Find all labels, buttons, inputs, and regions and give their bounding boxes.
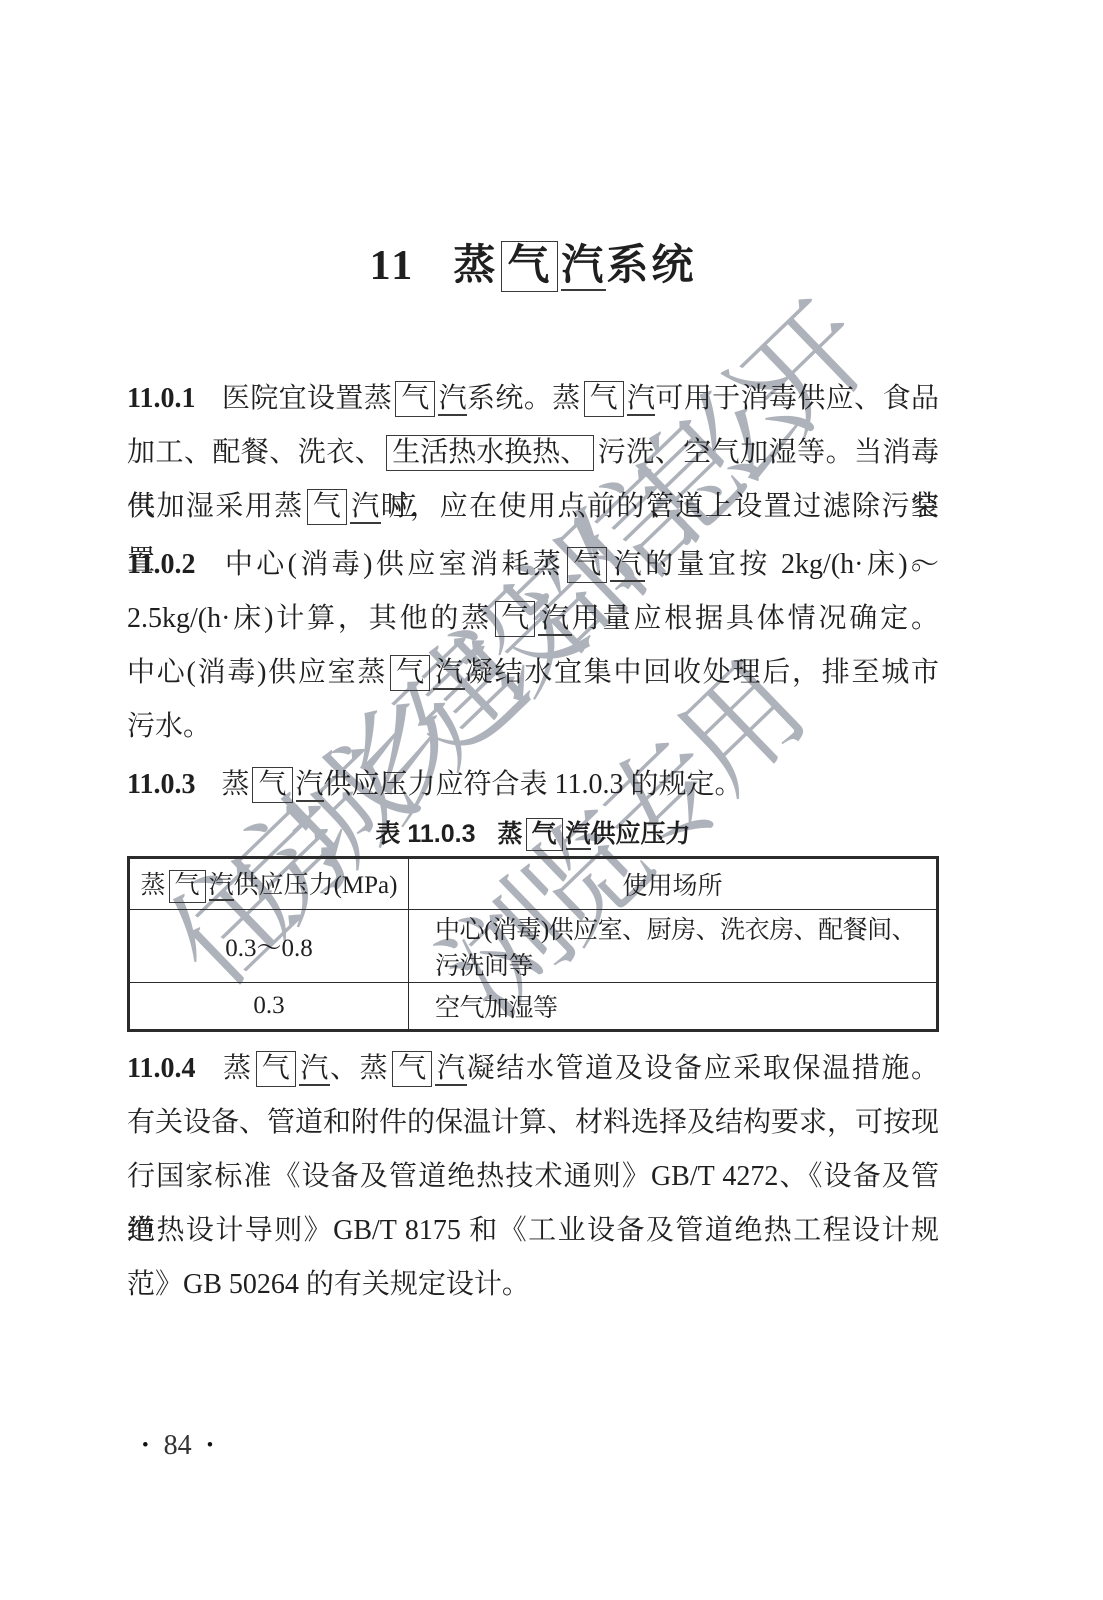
- deleted-text-box: 气: [256, 1051, 296, 1087]
- text-segment: 系统: [606, 243, 696, 289]
- text-segment: 供应压力应符合表 11.0.3 的规定。: [324, 769, 743, 800]
- footer-bullet-left: •: [142, 1435, 149, 1456]
- table-header-pressure: 蒸气汽供应压力(MPa): [129, 858, 409, 910]
- text-segment: 系统。蒸: [467, 383, 581, 414]
- added-text-underline: 汽: [350, 491, 381, 524]
- table-row: 0.3～0.8中心(消毒)供应室、厨房、洗衣房、配餐间、污洗间等: [129, 910, 938, 983]
- text-line: 绝热设计导则》GB/T 8175 和《工业设备及管道绝热工程设计规: [127, 1204, 939, 1258]
- added-text-underline: 汽: [209, 872, 234, 901]
- text-line: 行国家标准《设备及管道绝热技术通则》GB/T 4272、《设备及管道: [127, 1150, 939, 1204]
- text-line: 2.5kg/(h·床)计算，其他的蒸气汽用量应根据具体情况确定。: [127, 592, 939, 646]
- added-text-underline: 汽: [561, 243, 606, 291]
- text-segment: 可用于消毒供应、食品: [655, 383, 939, 414]
- added-text-underline: 汽: [433, 657, 465, 690]
- table-body: 0.3～0.8中心(消毒)供应室、厨房、洗衣房、配餐间、污洗间等0.3空气加湿等: [129, 910, 938, 1031]
- text-segment: 用量应根据具体情况确定。: [572, 603, 939, 634]
- text-segment: 的量宜按 2kg/(h·床)～: [645, 549, 939, 580]
- deleted-text-box: 气: [395, 381, 435, 417]
- text-line: 有关设备、管道和附件的保温计算、材料选择及结构要求，可按现: [127, 1096, 939, 1150]
- text-segment: 中心(消毒)供应室消耗蒸: [221, 549, 564, 580]
- added-text-underline: 汽: [566, 820, 591, 850]
- page-number: •84•: [142, 1428, 213, 1464]
- text-segment: 11.0.2: [127, 549, 195, 580]
- text-segment: 11.0.1: [127, 383, 195, 414]
- clause-11-0-1: 11.0.1医院宜设置蒸气汽系统。蒸气汽可用于消毒供应、食品加工、配餐、洗衣、生…: [127, 372, 939, 534]
- text-segment: 有关设备、管道和附件的保温计算、材料选择及结构要求，可按现: [127, 1107, 939, 1138]
- table-caption: 表 11.0.3蒸气汽供应压力: [127, 812, 939, 856]
- text-line: 中心(消毒)供应室蒸气汽凝结水宜集中回收处理后，排至城市: [127, 646, 939, 700]
- text-segment: 表 11.0.3: [375, 820, 475, 848]
- table-cell: 空气加湿等: [409, 983, 938, 1031]
- text-segment: 凝结水宜集中回收处理后，排至城市: [465, 657, 939, 688]
- deleted-text-box: 气: [252, 767, 292, 803]
- added-text-underline: 汽: [538, 603, 572, 636]
- text-segment: 供应压力(MPa): [234, 872, 398, 899]
- added-text-underline: 汽: [627, 383, 656, 416]
- table-header-row: 蒸气汽供应压力(MPa) 使用场所: [129, 858, 938, 910]
- text-segment: 范》GB 50264 的有关规定设计。: [127, 1269, 530, 1300]
- table-cell: 0.3～0.8: [129, 910, 409, 983]
- text-line: 范》GB 50264 的有关规定设计。: [127, 1258, 939, 1312]
- text-line: 11.0.1医院宜设置蒸气汽系统。蒸气汽可用于消毒供应、食品: [127, 372, 939, 426]
- deleted-text-box: 气: [169, 870, 206, 903]
- clause-11-0-4: 11.0.4蒸气汽、蒸气汽凝结水管道及设备应采取保温措施。有关设备、管道和附件的…: [127, 1042, 939, 1312]
- text-line: 11.0.3蒸气汽供应压力应符合表 11.0.3 的规定。: [127, 758, 939, 812]
- deleted-text-box: 气: [392, 1051, 432, 1087]
- document-page: 住房城乡建设部信息公开 浏览专用 11蒸气汽系统 11.0.1医院宜设置蒸气汽系…: [0, 0, 1103, 1600]
- deleted-text-box: 气: [501, 241, 558, 292]
- footer-page-number: 84: [164, 1430, 192, 1461]
- text-segment: 11: [370, 243, 416, 289]
- text-segment: 11.0.4: [127, 1053, 195, 1084]
- added-text-underline: 汽: [435, 1053, 466, 1086]
- deleted-text-box: 气: [390, 655, 430, 691]
- pressure-table: 蒸气汽供应压力(MPa) 使用场所 0.3～0.8中心(消毒)供应室、厨房、洗衣…: [127, 856, 939, 1032]
- text-segment: 加工、配餐、洗衣、: [127, 437, 383, 468]
- table-cell: 中心(消毒)供应室、厨房、洗衣房、配餐间、污洗间等: [409, 910, 938, 983]
- text-segment: 蒸: [221, 769, 249, 800]
- added-text-underline: 汽: [296, 769, 324, 802]
- clause-11-0-3: 11.0.3蒸气汽供应压力应符合表 11.0.3 的规定。: [127, 758, 939, 812]
- chapter-title: 11蒸气汽系统: [127, 236, 939, 296]
- deleted-text-box: 气: [584, 381, 624, 417]
- table-row: 0.3空气加湿等: [129, 983, 938, 1031]
- deleted-text-box: 气: [567, 547, 607, 583]
- deleted-text-box: 生活热水换热、: [386, 435, 594, 471]
- text-segment: 污水。: [127, 711, 211, 742]
- text-segment: 医院宜设置蒸: [221, 383, 392, 414]
- table-header-place: 使用场所: [409, 858, 938, 910]
- added-text-underline: 汽: [299, 1053, 330, 1086]
- text-segment: 蒸: [498, 820, 523, 848]
- footer-bullet-right: •: [207, 1435, 214, 1456]
- text-line: 11.0.2中心(消毒)供应室消耗蒸气汽的量宜按 2kg/(h·床)～: [127, 538, 939, 592]
- text-segment: 供应压力: [591, 820, 691, 848]
- deleted-text-box: 气: [495, 601, 535, 637]
- text-segment: 11.0.3: [127, 769, 195, 800]
- text-line: 11.0.4蒸气汽、蒸气汽凝结水管道及设备应采取保温措施。: [127, 1042, 939, 1096]
- deleted-text-box: 气: [307, 489, 347, 525]
- added-text-underline: 汽: [438, 383, 467, 416]
- text-segment: 、蒸: [330, 1053, 389, 1084]
- text-segment: 中心(消毒)供应室蒸: [127, 657, 387, 688]
- document-body: 11.0.1医院宜设置蒸气汽系统。蒸气汽可用于消毒供应、食品加工、配餐、洗衣、生…: [127, 372, 939, 1312]
- text-line: 污水。: [127, 700, 939, 754]
- text-segment: 气加湿采用蒸: [127, 491, 304, 522]
- text-segment: 2.5kg/(h·床)计算，其他的蒸: [127, 603, 492, 634]
- text-segment: 凝结水管道及设备应采取保温措施。: [467, 1053, 939, 1084]
- added-text-underline: 汽: [610, 549, 645, 582]
- text-line: 加工、配餐、洗衣、生活热水换热、污洗、空气加湿等。当消毒供应、空: [127, 426, 939, 480]
- text-segment: 蒸: [453, 243, 498, 289]
- text-segment: 蒸: [141, 872, 166, 899]
- text-segment: 绝热设计导则》GB/T 8175 和《工业设备及管道绝热工程设计规: [127, 1215, 939, 1246]
- deleted-text-box: 气: [526, 818, 563, 851]
- table-cell: 0.3: [129, 983, 409, 1031]
- text-segment: 蒸: [221, 1053, 252, 1084]
- text-line: 气加湿采用蒸气汽时，应在使用点前的管道上设置过滤除污装置。: [127, 480, 939, 534]
- clause-11-0-2: 11.0.2中心(消毒)供应室消耗蒸气汽的量宜按 2kg/(h·床)～2.5kg…: [127, 538, 939, 754]
